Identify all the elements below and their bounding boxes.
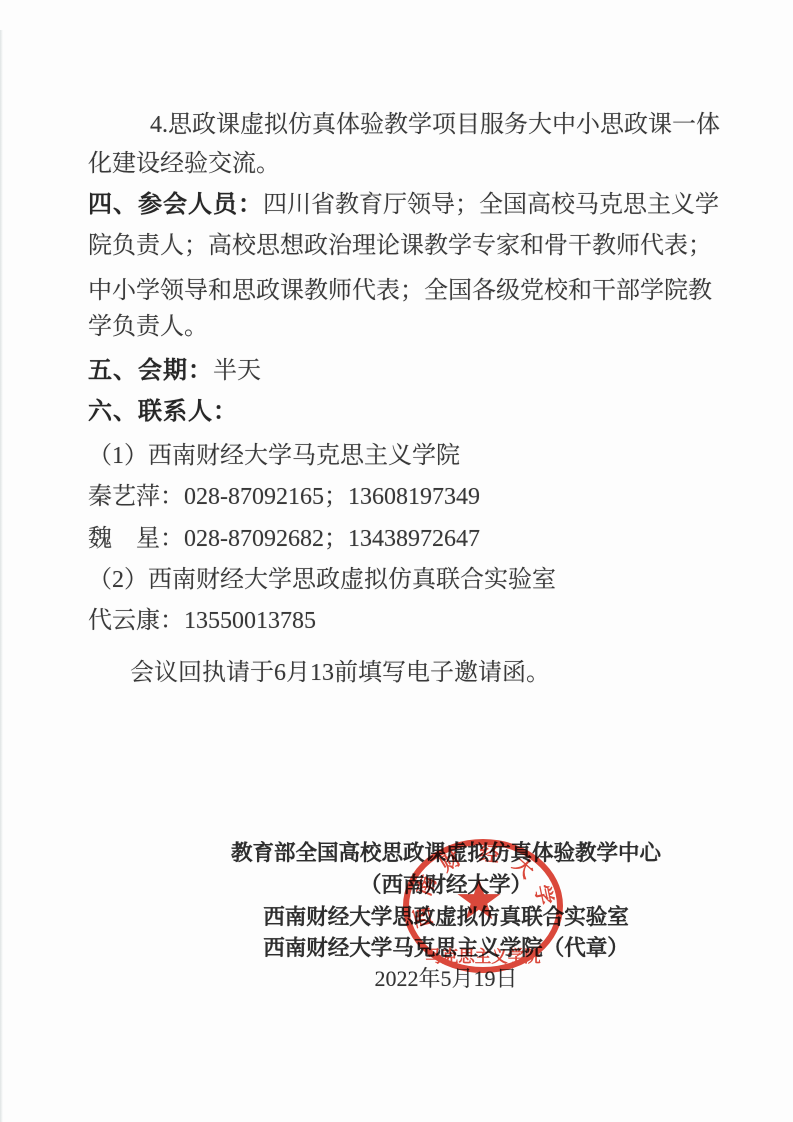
seal-arc-char: 经	[478, 844, 500, 866]
section5-heading: 五、会期：	[88, 358, 213, 384]
paragraph-item4-line1: 4.思政课虚拟仿真体验教学项目服务大中小思政课一体	[88, 110, 778, 140]
contact1-org: （1）西南财经大学马克思主义学院	[88, 441, 716, 471]
section5-line: 五、会期：半天	[88, 356, 716, 386]
seal-arc-char: 学	[531, 883, 555, 907]
section4-line2: 院负责人；高校思想政治理论课教学专家和骨干教师代表；	[88, 231, 716, 261]
contact2-person1: 代云康：13550013785	[88, 606, 716, 636]
section5-text: 半天	[213, 358, 261, 384]
section4-heading: 四、参会人员：	[88, 192, 263, 218]
section4-line3: 中小学领导和思政课教师代表；全国各级党校和干部学院教	[88, 276, 716, 306]
paragraph-item4-line2: 化建设经验交流。	[88, 149, 716, 179]
scan-edge-artifact	[0, 30, 3, 1122]
official-seal: ★ 西南财经大学 马克思主义学院	[403, 839, 563, 973]
seal-star-icon: ★	[454, 873, 504, 929]
contact2-org: （2）西南财经大学思政虚拟仿真联合实验室	[88, 565, 716, 595]
contact1-person1: 秦艺萍：028-87092165；13608197349	[88, 482, 716, 512]
scanned-letter-page: 4.思政课虚拟仿真体验教学项目服务大中小思政课一体 化建设经验交流。 四、参会人…	[0, 0, 793, 1122]
section6-heading: 六、联系人：	[88, 399, 238, 425]
reply-note: 会议回执请于6月13前填写电子邀请函。	[88, 658, 758, 688]
section4-line1: 四、参会人员：四川省教育厅领导；全国高校马克思主义学	[88, 190, 716, 220]
seal-bottom-text: 马克思主义学院	[403, 943, 563, 967]
section6-line: 六、联系人：	[88, 397, 716, 427]
section4-line4: 学负责人。	[88, 312, 716, 342]
contact1-person2: 魏 星：028-87092682；13438972647	[88, 524, 716, 554]
section4-text: 四川省教育厅领导；全国高校马克思主义学	[263, 192, 719, 218]
